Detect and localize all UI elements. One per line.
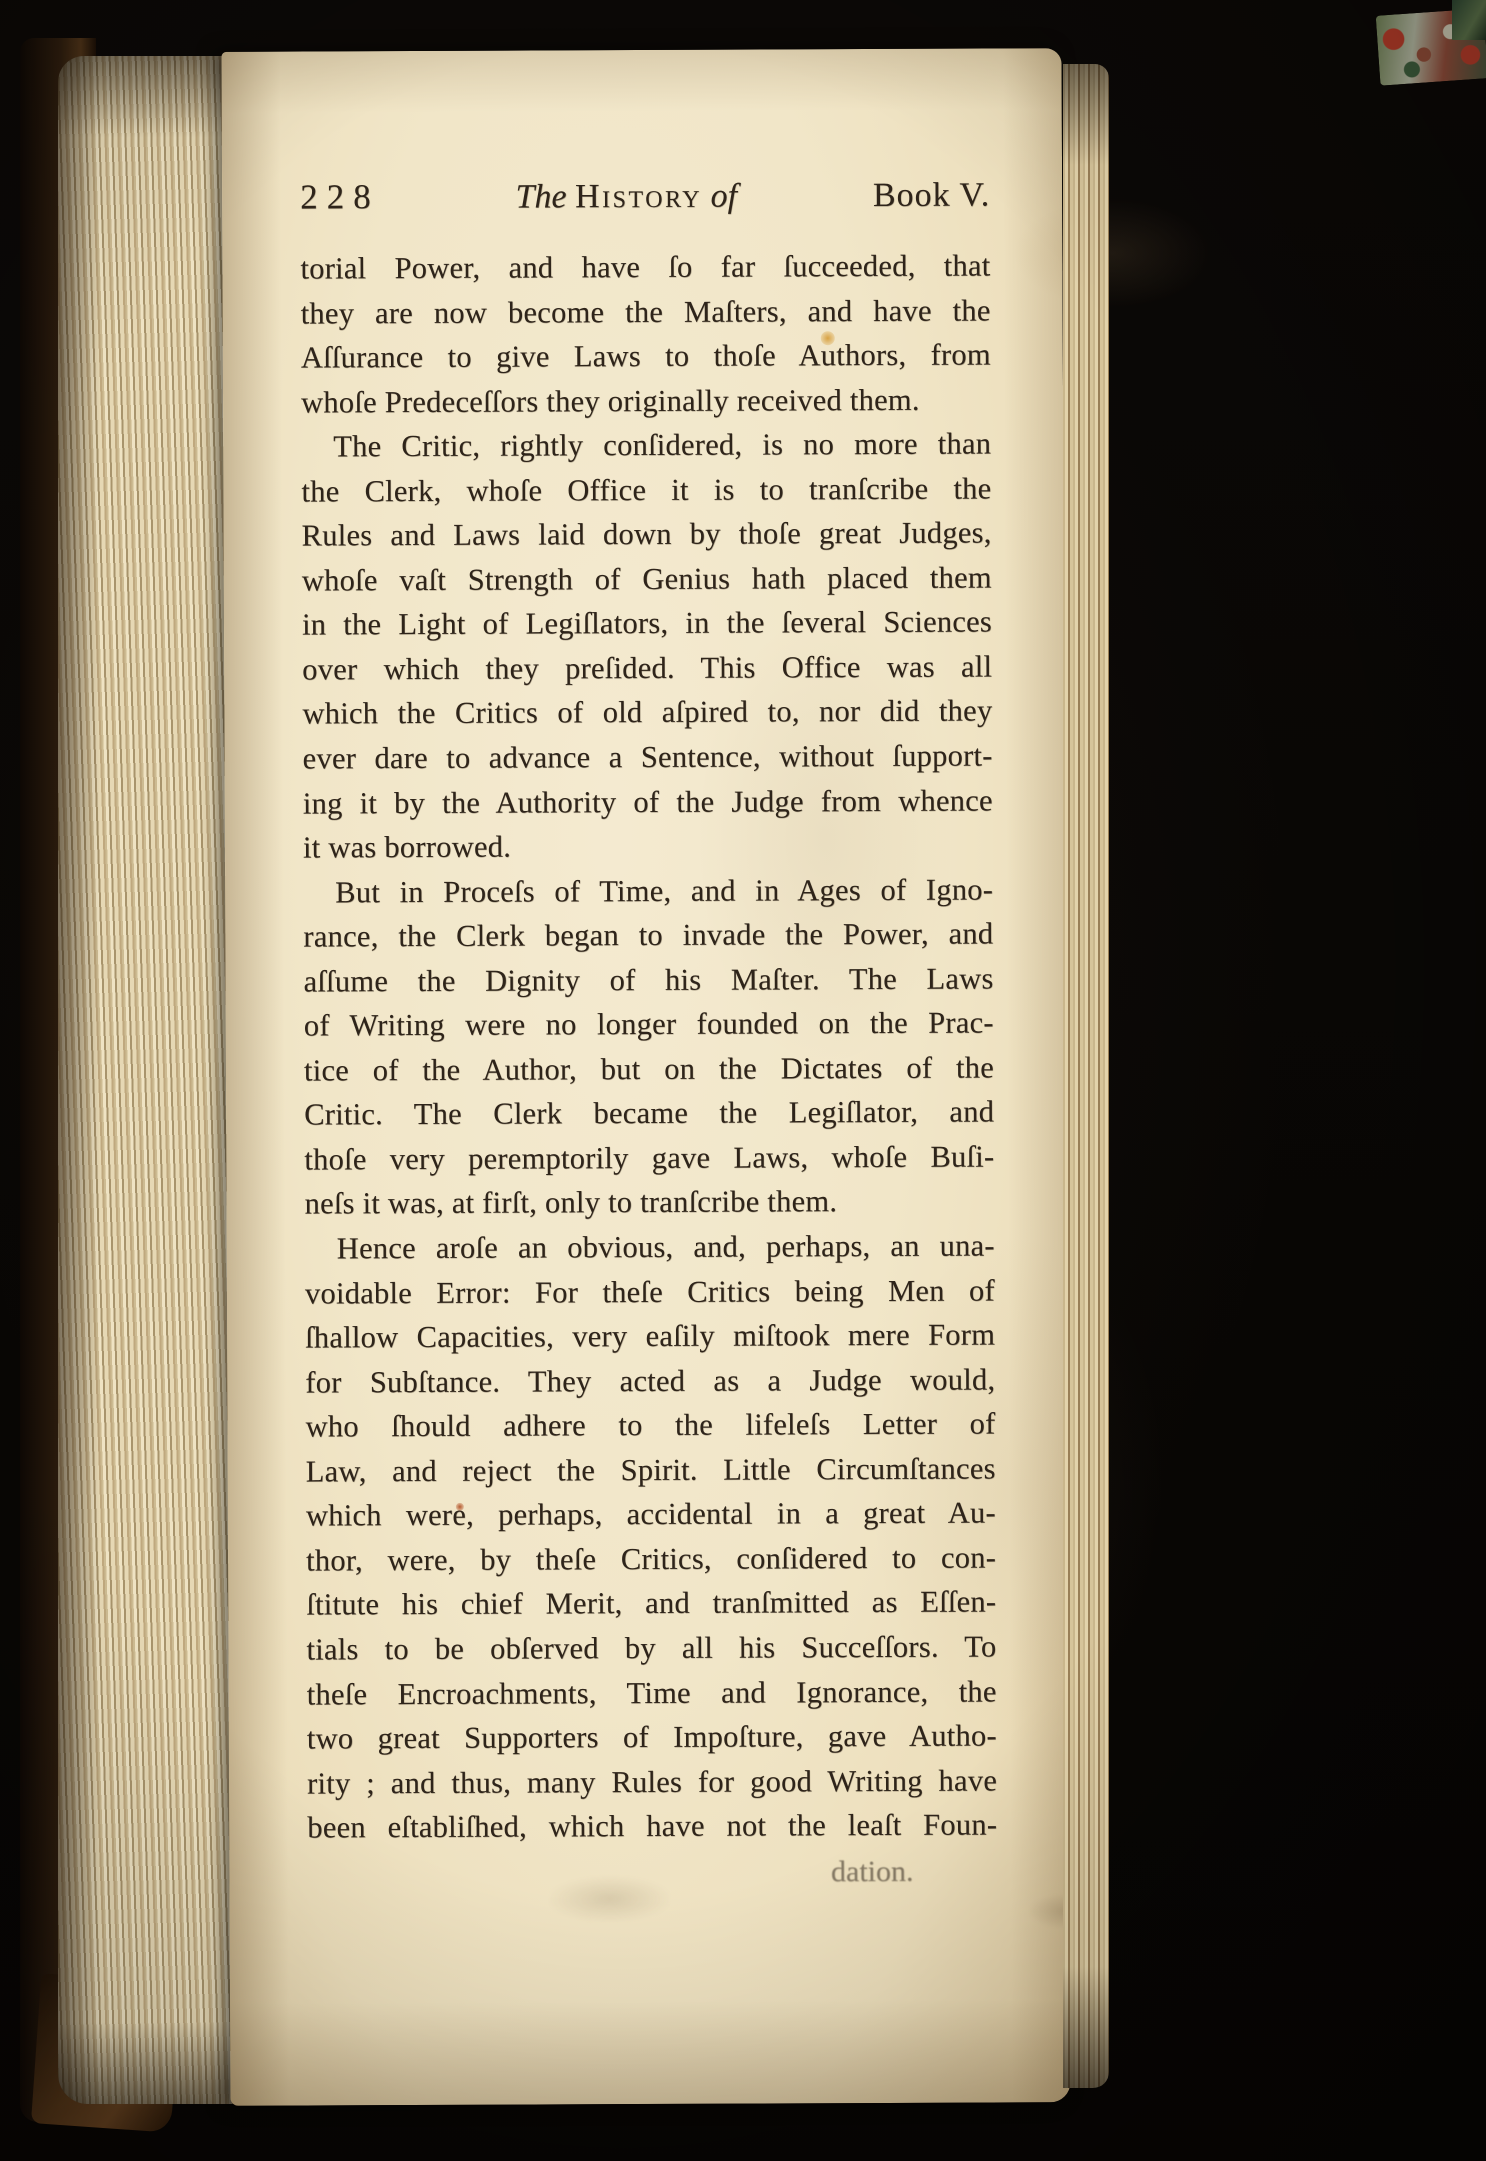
running-title-the: The: [516, 178, 567, 215]
text-line: been eſtabliſhed, which have not the lea…: [307, 1808, 997, 1856]
text-line: whoſe Predeceſſors they originally recei…: [301, 382, 991, 430]
marbled-cover-sliver: [1452, 0, 1486, 40]
text-line: thoſe very peremptorily gave Laws, whoſe…: [304, 1139, 994, 1187]
text-line: ſtitute his chief Merit, and tranſmitted…: [306, 1585, 996, 1633]
text-line: neſs it was, at firſt, only to tranſcrib…: [304, 1184, 994, 1232]
text-line: Critic. The Clerk became the Legiſlator,…: [304, 1095, 994, 1143]
text-line: torial Power, and have ſo far ſucceeded,…: [300, 248, 990, 296]
text-line: voidable Error: For theſe Critics being …: [305, 1273, 995, 1321]
running-title-of: of: [710, 178, 737, 215]
text-line: tice of the Author, but on the Dictates …: [304, 1050, 994, 1098]
text-line: whoſe vaſt Strength of Genius hath place…: [302, 560, 992, 608]
text-line: rity ; and thus, many Rules for good Wri…: [307, 1763, 997, 1811]
text-line: the Clerk, whoſe Office it is to tranſcr…: [301, 471, 991, 519]
text-line: Aſſurance to give Laws to thoſe Authors,…: [301, 338, 991, 386]
running-title-history: History: [575, 178, 702, 216]
text-line: ſhallow Capacities, very eaſily miſtook …: [305, 1318, 995, 1366]
catchword: dation.: [307, 1854, 997, 1891]
text-line: aſſume the Dignity of his Maſter. The La…: [304, 961, 994, 1009]
text-line: two great Supporters of Impoſture, gave …: [307, 1719, 997, 1767]
book-page: 228 The History of Book V. torial Power,…: [222, 48, 1071, 2106]
text-line: in the Light of Legiſlators, in the ſeve…: [302, 605, 992, 653]
text-line: ing it by the Authority of the Judge fro…: [303, 783, 993, 831]
text-line: tials to be obſerved by all his Succeſſo…: [306, 1629, 996, 1677]
book-photograph: 228 The History of Book V. torial Power,…: [0, 0, 1486, 2161]
book-label: Book V.: [873, 176, 990, 215]
text-line: which the Critics of old aſpired to, nor…: [302, 694, 992, 742]
text-line: which were, perhaps, accidental in a gre…: [306, 1496, 996, 1544]
text-line: Law, and reject the Spirit. Little Circu…: [306, 1451, 996, 1499]
text-line: rance, the Clerk began to invade the Pow…: [303, 917, 993, 965]
text-line: who ſhould adhere to the lifeleſs Letter…: [305, 1407, 995, 1455]
text-line: The Critic, rightly conſidered, is no mo…: [301, 427, 991, 475]
text-line: But in Proceſs of Time, and in Ages of I…: [303, 872, 993, 920]
text-line: over which they preſided. This Office wa…: [302, 649, 992, 697]
text-line: thor, were, by theſe Critics, conſidered…: [306, 1540, 996, 1588]
text-line: for Subſtance. They acted as a Judge wou…: [305, 1362, 995, 1410]
text-line: Rules and Laws laid down by thoſe great …: [302, 516, 992, 564]
showthrough-smudge: [1012, 198, 1212, 309]
running-title: The History of: [516, 178, 738, 217]
page-number: 228: [300, 177, 380, 217]
body-text: torial Power, and have ſo far ſucceeded,…: [300, 248, 997, 1855]
text-line: of Writing were no longer founded on the…: [304, 1006, 994, 1054]
running-header: 228 The History of Book V.: [300, 174, 990, 217]
text-line: it was borrowed.: [303, 828, 993, 876]
right-page-edges: [1063, 64, 1109, 2088]
text-line: Hence aroſe an obvious, and, perhaps, an…: [305, 1229, 995, 1277]
text-line: they are now become the Maſters, and hav…: [301, 293, 991, 341]
fanned-page-edges: [58, 56, 250, 2104]
text-line: theſe Encroachments, Time and Ignorance,…: [307, 1674, 997, 1722]
text-line: ever dare to advance a Sentence, without…: [303, 739, 993, 787]
